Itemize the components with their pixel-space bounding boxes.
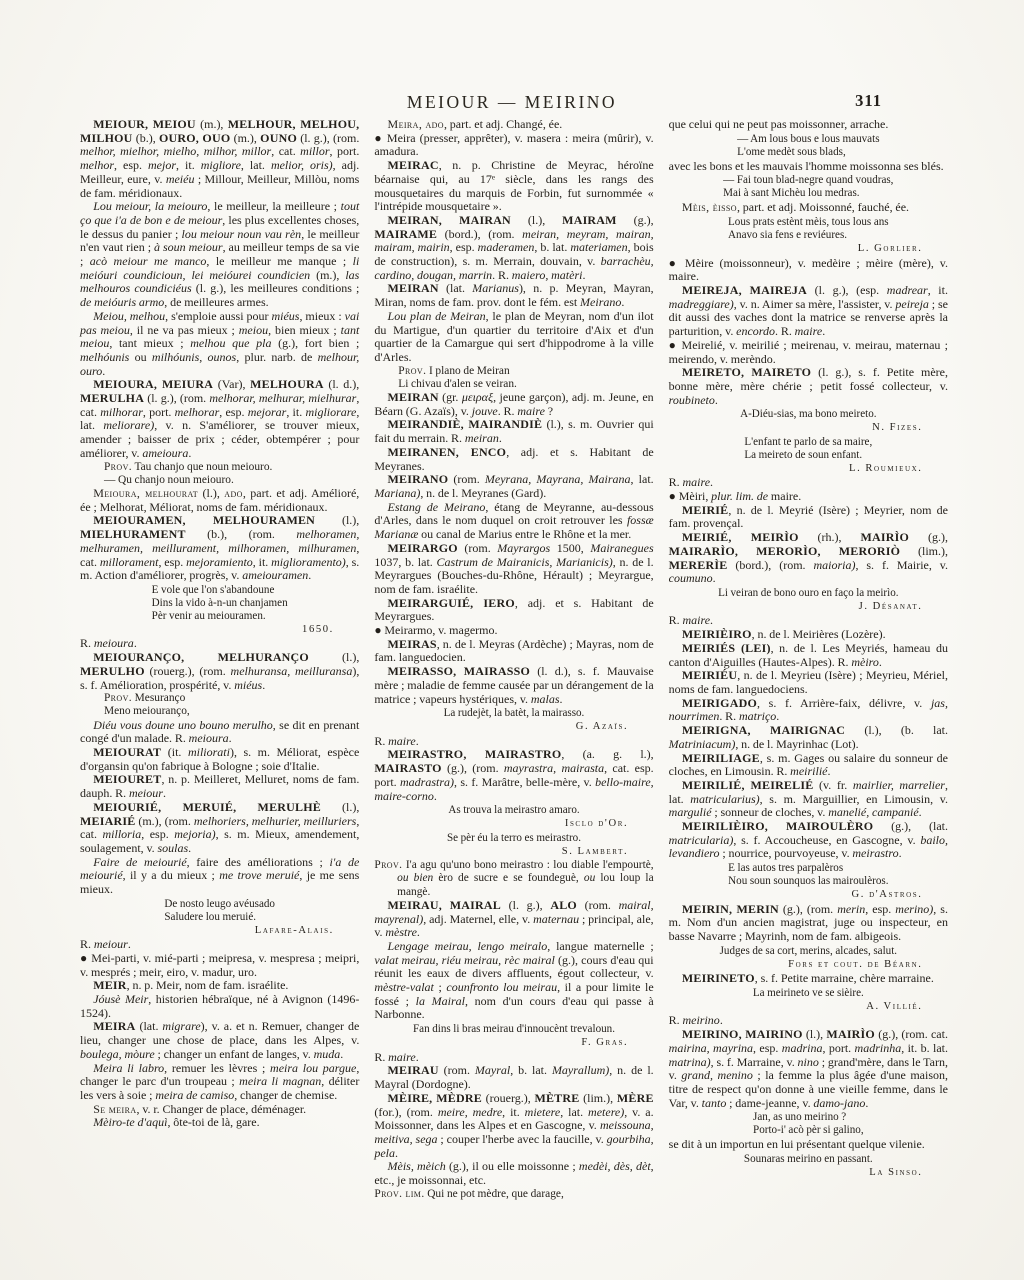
quote-attribution: La Sinso. (669, 1167, 948, 1180)
dictionary-entry: MEIRAS, n. de l. Meyras (Ardèche) ; Mayr… (374, 638, 653, 665)
cross-reference: ● Meirarmo, v. magermo. (374, 624, 653, 638)
verse-quote: Fan dins li bras meirau d'innoucènt trev… (374, 1023, 653, 1036)
dictionary-entry: MEIRAC, n. p. Christine de Meyrac, héroï… (374, 159, 653, 214)
quote-attribution: S. Lambert. (374, 846, 653, 859)
quote-attribution: A. Villié. (669, 1001, 948, 1014)
dictionary-entry: Mèis, èisso, part. et adj. Moissonné, fa… (669, 201, 948, 215)
dictionary-entry: MEIRETO, MAIRETO (l. g.), s. f. Petite m… (669, 366, 948, 407)
reference-line: que celui qui ne peut pas moissonner, ar… (669, 118, 948, 132)
entry-paragraph: Meira li labro, remuer les lèvres ; meir… (80, 1062, 359, 1103)
reference-line: R. meiour. (80, 938, 359, 952)
dictionary-entry: MEIRARGUIÉ, IERO, adj. et s. Habitant de… (374, 597, 653, 624)
dictionary-entry: MEIRINO, MAIRINO (l.), MAIRÌO (g.), (rom… (669, 1028, 948, 1110)
quote-attribution: N. Fizes. (669, 422, 948, 435)
verse-quote: Jan, as uno meirino ?Porto-i' acò pèr si… (669, 1111, 948, 1137)
dictionary-entry: MEIRANO (rom. Meyrana, Mayrana, Mairana,… (374, 473, 653, 500)
dictionary-entry: MÈIRE, MÈDRE (rouerg.), MÈTRE (lim.), MÈ… (374, 1092, 653, 1161)
entry-paragraph: Lou meiour, la meiouro, le meilleur, la … (80, 200, 359, 310)
verse-quote: La rudejèt, la batèt, la mairasso. (374, 707, 653, 720)
dictionary-entry: MEIRIN, MERIN (g.), (rom. merin, esp. me… (669, 903, 948, 944)
verse-quote: — Fai toun blad-negre quand voudras,Mai … (669, 174, 948, 200)
entry-paragraph: Estang de Meirano, étang de Meyranne, au… (374, 501, 653, 542)
dictionary-entry: MEIRAN (lat. Marianus), n. p. Meyran, Ma… (374, 282, 653, 309)
verse-quote: Sounaras meirino en passant. (669, 1153, 948, 1166)
quote-attribution: Fors et cout. de Béarn. (669, 959, 948, 972)
dictionary-entry: MEIR, n. p. Meir, nom de fam. israélite. (80, 979, 359, 993)
verse-quote: Li veiran de bono ouro en faço la meirìo… (669, 587, 948, 600)
column-2: Meira, ado, part. et adj. Changé, ée.● M… (374, 118, 653, 1201)
dictionary-entry: MEIOURA, MEIURA (Var), MELHOURA (l. d.),… (80, 378, 359, 460)
dictionary-entry: MEIRAU (rom. Mayral, b. lat. Mayrallum),… (374, 1064, 653, 1091)
reference-line: R. maire. (669, 476, 948, 490)
verse-quote: Lous prats estènt mèis, tous lous ansAna… (669, 216, 948, 242)
page-number: 311 (855, 91, 882, 111)
verse-quote: La meirineto ve se sièire. (669, 987, 948, 1000)
entry-paragraph: Lengage meirau, lengo meiralo, langue ma… (374, 940, 653, 1022)
verse-quote: Se pèr éu la terro es meirastro. (374, 832, 653, 845)
quote-attribution: Isclo d'Or. (374, 818, 653, 831)
verse-quote: L'enfant te parlo de sa maire,La meireto… (669, 436, 948, 462)
cross-reference: ● Meira (presser, apprêter), v. masera :… (374, 132, 653, 159)
dictionary-entry: MEIRASTRO, MAIRASTRO, (a. g. l.), MAIRAS… (374, 748, 653, 803)
dictionary-entry: MEIRIÉ, n. de l. Meyrié (Isère) ; Meyrie… (669, 504, 948, 531)
dictionary-entry: Meioura, melhourat (l.), ado, part. et a… (80, 487, 359, 514)
dictionary-entry: MEIRILIÈIRO, MAIROULÈRO (g.), (lat. matr… (669, 820, 948, 861)
quote-attribution: G. Azaïs. (374, 721, 653, 734)
dictionary-entry: MEIRIÉS (LEI), n. de l. Les Meyriés, ham… (669, 642, 948, 669)
cross-reference: ● Meirelié, v. meirilié ; meirenau, v. m… (669, 339, 948, 366)
proverb: Prov. MesurançoMeno meiouranço, (104, 692, 359, 718)
verse-quote: As trouva la meirastro amaro. (374, 804, 653, 817)
quote-attribution: G. d'Astros. (669, 889, 948, 902)
reference-line: R. maire. (374, 1051, 653, 1065)
dictionary-entry: MEIOUR, MEIOU (m.), MELHOUR, MELHOU, MIL… (80, 118, 359, 200)
entry-paragraph: Lou plan de Meiran, le plan de Meyran, n… (374, 310, 653, 365)
dictionary-entry: MEIRASSO, MAIRASSO (l. d.), s. f. Mauvai… (374, 665, 653, 706)
dictionary-entry: MEIOURANÇO, MELHURANÇO (l.), MERULHO (ro… (80, 651, 359, 692)
verse-quote: De nosto leugo avéusadoSaludere lou meru… (80, 898, 359, 924)
quote-attribution: F. Gras. (374, 1037, 653, 1050)
dictionary-entry: MEIRINETO, s. f. Petite marraine, chère … (669, 972, 948, 986)
verse-quote: E las autos tres parpalèrosNou soun soun… (669, 862, 948, 888)
cross-reference: ● Mei-parti, v. mié-parti ; meipresa, v.… (80, 952, 359, 979)
cross-reference: ● Mèire (moissonneur), v. medèire ; mèir… (669, 257, 948, 284)
entry-paragraph: Jóusè Meir, historien hébraïque, né à Av… (80, 993, 359, 1020)
dictionary-entry: MEIOURET, n. p. Meilleret, Melluret, nom… (80, 773, 359, 800)
reference-line: R. meirino. (669, 1014, 948, 1028)
verse-quote: E vole que l'on s'abandouneDins la vido … (80, 584, 359, 623)
reference-line: avec les bons et les mauvais l'homme moi… (669, 160, 948, 174)
text-columns: MEIOUR, MEIOU (m.), MELHOUR, MELHOU, MIL… (80, 118, 948, 1201)
dictionary-entry: MEIRIGADO, s. f. Arrière-faix, délivre, … (669, 697, 948, 724)
reference-line: se dit à un importun en lui présentant q… (669, 1138, 948, 1152)
verse-quote: — Am lous bous e lous mauvatsL'ome medèt… (669, 133, 948, 159)
dictionary-entry: MEIRILIAGE, s. m. Gages ou salaire du so… (669, 752, 948, 779)
column-1: MEIOUR, MEIOU (m.), MELHOUR, MELHOU, MIL… (80, 118, 359, 1130)
dictionary-entry: MEIRAU, MAIRAL (l. g.), ALO (rom. mairal… (374, 899, 653, 940)
dictionary-entry: MEIRAN, MAIRAN (l.), MAIRAM (g.), MAIRAM… (374, 214, 653, 283)
reference-line: R. maire. (669, 614, 948, 628)
column-3: que celui qui ne peut pas moissonner, ar… (669, 118, 948, 1181)
quote-attribution: J. Désanat. (669, 601, 948, 614)
dictionary-entry: MEIRIÈIRO, n. de l. Meirières (Lozère). (669, 628, 948, 642)
proverb-paragraph: Prov. I'a agu qu'uno bono meirastro : lo… (374, 859, 653, 899)
quote-attribution: 1650. (80, 624, 359, 637)
dictionary-entry: MEIRAN (gr. μειραξ, jeune garçon), adj. … (374, 391, 653, 418)
dictionary-entry: MEIOURAT (it. miliorati), s. m. Méliorat… (80, 746, 359, 773)
reference-line: R. maire. (374, 735, 653, 749)
quote-attribution: L. Roumieux. (669, 463, 948, 476)
dictionary-page: MEIOUR — MEIRINO 311 MEIOUR, MEIOU (m.),… (0, 0, 1024, 1280)
proverb: Prov. Tau chanjo que noun meiouro.— Qu c… (104, 461, 359, 487)
dictionary-entry: MEIRA (lat. migrare), v. a. et n. Remuer… (80, 1020, 359, 1061)
verse-quote: Judges de sa cort, merins, alcades, salu… (669, 945, 948, 958)
dictionary-entry: MEIRILIÉ, MEIRELIÉ (v. fr. mairlier, mar… (669, 779, 948, 820)
entry-paragraph: Faire de meiourié, faire des amélioratio… (80, 856, 359, 897)
reference-line: R. meioura. (80, 637, 359, 651)
verse-quote: A-Diéu-sias, ma bono meireto. (669, 408, 948, 421)
dictionary-entry: MEIRIÉ, MEIRÌO (rh.), MAIRÌO (g.), MAIRA… (669, 531, 948, 586)
dictionary-entry: MEIRANDIÈ, MAIRANDIÈ (l.), s. m. Ouvrier… (374, 418, 653, 445)
entry-paragraph: Diéu vous doune uno bouno merulho, se di… (80, 719, 359, 746)
cross-reference: ● Mèiri, plur. lim. de maire. (669, 490, 948, 504)
proverb-paragraph: Prov. lim. Qui ne pot mèdre, que darage, (374, 1188, 653, 1201)
dictionary-entry: MEIOURAMEN, MELHOURAMEN (l.), MIELHURAME… (80, 514, 359, 583)
dictionary-entry: MEIRIÉU, n. de l. Meyrieu (Isère) ; Meyr… (669, 669, 948, 696)
dictionary-entry: MEIRIGNA, MAIRIGNAC (l.), (b. lat. Matri… (669, 724, 948, 751)
quote-attribution: L. Gorlier. (669, 243, 948, 256)
entry-paragraph: Meiou, melhou, s'emploie aussi pour miéu… (80, 310, 359, 379)
dictionary-entry: MEIRARGO (rom. Mayrargos 1500, Mairanegu… (374, 542, 653, 597)
proverb: Prov. I plano de MeiranLi chivau d'alen … (398, 365, 653, 391)
dictionary-entry: Meira, ado, part. et adj. Changé, ée. (374, 118, 653, 132)
dictionary-entry: MEIRANEN, ENCO, adj. et s. Habitant de M… (374, 446, 653, 473)
dictionary-entry: MEIOURIÉ, MERUIÉ, MERULHÈ (l.), MEIARIÉ … (80, 801, 359, 856)
dictionary-entry: Se meira, v. r. Changer de place, déména… (80, 1103, 359, 1117)
entry-paragraph: Mèiro-te d'aquì, ôte-toi de là, gare. (80, 1116, 359, 1130)
dictionary-entry: MEIREJA, MAIREJA (l. g.), (esp. madrear,… (669, 284, 948, 339)
entry-paragraph: Mèis, mèich (g.), il ou elle moissonne ;… (374, 1160, 653, 1187)
quote-attribution: Lafare-Alais. (80, 925, 359, 938)
